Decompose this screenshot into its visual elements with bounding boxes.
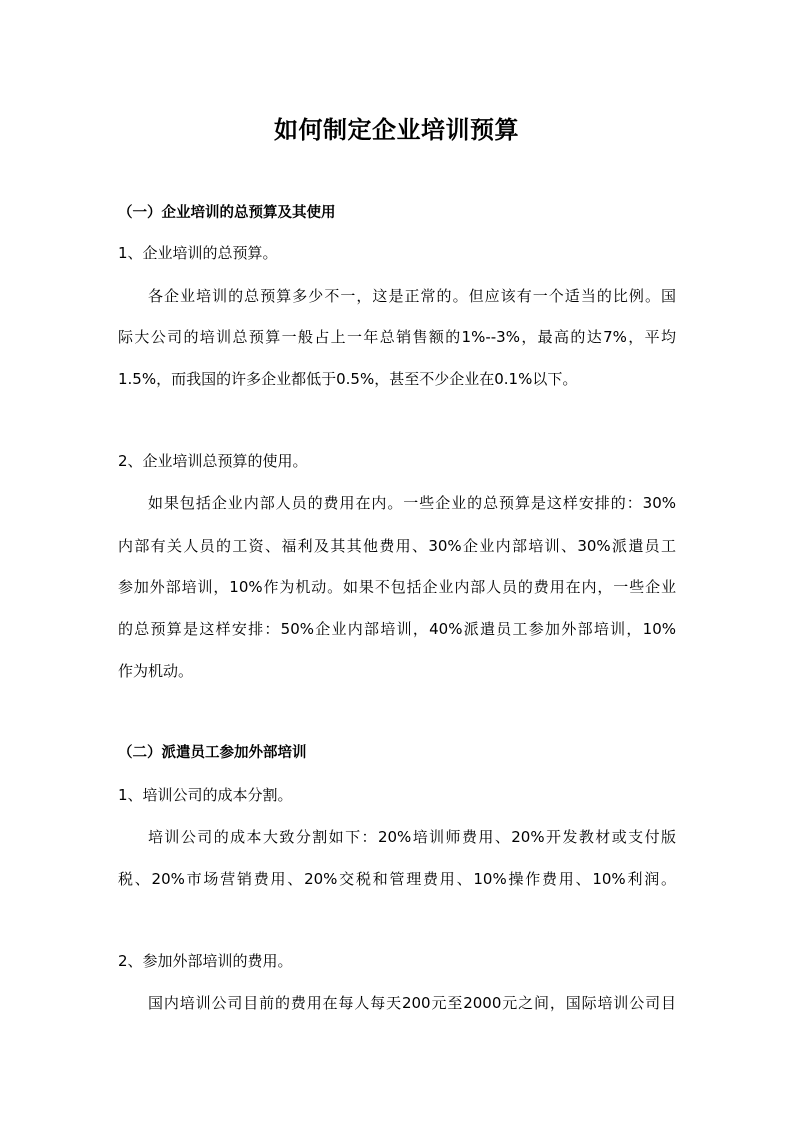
paragraph-line: 如果包括企业内部人员的费用在内。一些企业的总预算是这样安排的：30% <box>148 492 676 514</box>
paragraph-line: 际大公司的培训总预算一般占上一年总销售额的1%--3%，最高的达7%，平均 <box>118 326 676 348</box>
paragraph-line: 内部有关人员的工资、福利及其其他费用、30%企业内部培训、30%派遣员工 <box>118 535 676 557</box>
paragraph-line: 国内培训公司目前的费用在每人每天200元至2000元之间，国际培训公司目 <box>148 992 676 1014</box>
paragraph-line: 作为机动。 <box>118 660 193 682</box>
section-heading: （二）派遣员工参加外部培训 <box>118 742 307 764</box>
document-title: 如何制定企业培训预算 <box>0 112 793 148</box>
section-heading: （一）企业培训的总预算及其使用 <box>118 202 336 224</box>
paragraph-line: 参加外部培训，10%作为机动。如果不包括企业内部人员的费用在内，一些企业 <box>118 576 676 598</box>
document-page: 如何制定企业培训预算 （一）企业培训的总预算及其使用 1、企业培训的总预算。 各… <box>0 0 793 1122</box>
subsection-heading: 2、企业培训总预算的使用。 <box>118 450 308 472</box>
paragraph-line: 税、20%市场营销费用、20%交税和管理费用、10%操作费用、10%利润。 <box>118 868 676 890</box>
subsection-heading: 2、参加外部培训的费用。 <box>118 950 293 972</box>
paragraph-line: 的总预算是这样安排：50%企业内部培训，40%派遣员工参加外部培训，10% <box>118 618 676 640</box>
paragraph-line: 各企业培训的总预算多少不一，这是正常的。但应该有一个适当的比例。国 <box>148 285 676 307</box>
subsection-heading: 1、培训公司的成本分割。 <box>118 784 293 806</box>
paragraph-line: 1.5%，而我国的许多企业都低于0.5%，甚至不少企业在0.1%以下。 <box>118 368 577 390</box>
paragraph-line: 培训公司的成本大致分割如下：20%培训师费用、20%开发教材或支付版 <box>148 826 676 848</box>
subsection-heading: 1、企业培训的总预算。 <box>118 242 278 264</box>
